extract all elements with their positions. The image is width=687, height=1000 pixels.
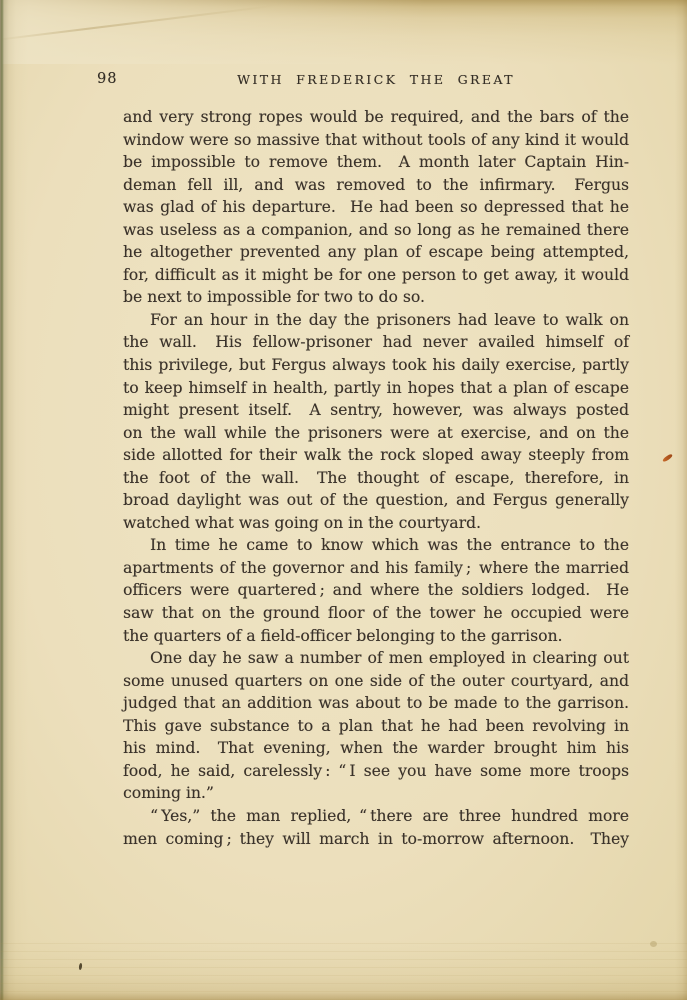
text-line: his mind. That evening, when the warder …	[123, 737, 629, 760]
text-line: apartments of the governor and his famil…	[123, 557, 629, 580]
page-header: 98 WITH FREDERICK THE GREAT	[97, 72, 629, 90]
text-line: For an hour in the day the prisoners had…	[123, 309, 629, 332]
page-left-edge-shadow	[0, 0, 28, 1000]
text-line: to keep himself in health, partly in hop…	[123, 377, 629, 400]
paragraph: and very strong ropes would be required,…	[123, 106, 629, 309]
text-line: window were so massive that without tool…	[123, 129, 629, 152]
text-line: was glad of his departure. He had been s…	[123, 196, 629, 219]
page-right-edge-shadow	[675, 0, 687, 1000]
text-line: watched what was going on in the courtya…	[123, 512, 629, 535]
text-line: the quarters of a field-officer belongin…	[123, 625, 629, 648]
faint-stain-dot	[650, 941, 657, 947]
text-line: One day he saw a number of men employed …	[123, 647, 629, 670]
text-line: the foot of the wall. The thought of esc…	[123, 467, 629, 490]
text-line: “ Yes,” the man replied, “ there are thr…	[123, 805, 629, 828]
text-line: saw that on the ground floor of the towe…	[123, 602, 629, 625]
text-line: broad daylight was out of the question, …	[123, 489, 629, 512]
red-speckle-mark	[662, 453, 673, 462]
text-line: judged that an addition was about to be …	[123, 692, 629, 715]
paragraph: For an hour in the day the prisoners had…	[123, 309, 629, 534]
paragraph: “ Yes,” the man replied, “ there are thr…	[123, 805, 629, 850]
text-line: the wall. His fellow-prisoner had never …	[123, 331, 629, 354]
paragraph: In time he came to know which was the en…	[123, 534, 629, 647]
page-top-shadow	[0, 0, 687, 64]
page-corner-crease	[0, 5, 276, 42]
page-number: 98	[97, 72, 117, 87]
text-line: side allotted for their walk the rock sl…	[123, 444, 629, 467]
scanned-book-page: 98 WITH FREDERICK THE GREAT and very str…	[0, 0, 687, 1000]
page-bottom-shadow	[0, 940, 687, 1000]
text-line: food, he said, carelessly : “ I see you …	[123, 760, 629, 783]
text-line: might present itself. A sentry, however,…	[123, 399, 629, 422]
text-line: coming in.”	[123, 782, 629, 805]
text-line: be next to impossible for two to do so.	[123, 286, 629, 309]
text-line: and very strong ropes would be required,…	[123, 106, 629, 129]
running-header-title: WITH FREDERICK THE GREAT	[97, 72, 629, 87]
text-line: This gave substance to a plan that he ha…	[123, 715, 629, 738]
text-line: be impossible to remove them. A month la…	[123, 151, 629, 174]
text-line: on the wall while the prisoners were at …	[123, 422, 629, 445]
text-line: In time he came to know which was the en…	[123, 534, 629, 557]
ink-fleck	[79, 963, 83, 970]
text-line: deman fell ill, and was removed to the i…	[123, 174, 629, 197]
text-line: some unused quarters on one side of the …	[123, 670, 629, 693]
text-line: for, difficult as it might be for one pe…	[123, 264, 629, 287]
text-line: men coming ; they will march in to-morro…	[123, 828, 629, 851]
text-line: this privilege, but Fergus always took h…	[123, 354, 629, 377]
text-line: he altogether prevented any plan of esca…	[123, 241, 629, 264]
text-line: officers were quartered ; and where the …	[123, 579, 629, 602]
paragraph: One day he saw a number of men employed …	[123, 647, 629, 805]
text-line: was useless as a companion, and so long …	[123, 219, 629, 242]
text-block: and very strong ropes would be required,…	[123, 106, 629, 850]
